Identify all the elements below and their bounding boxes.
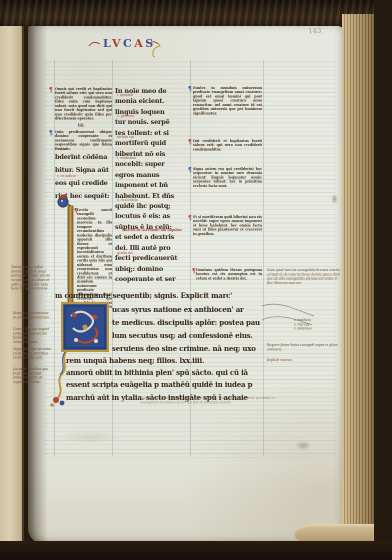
margin-note-right-1: Nota quod marcus euangelista breuius cet…	[267, 268, 343, 298]
parchment-stain	[331, 194, 338, 204]
gloss-left-bottom: Lectio sancti euangelii secundum marcum.…	[77, 208, 112, 292]
paraph-icon: ¶	[49, 131, 53, 137]
prologue-text-beside-initial: ucas syrus natione ex anthiocen' ar te m…	[112, 303, 264, 355]
explicit-line: m confirmante sequentib; signis. Explici…	[55, 289, 265, 302]
running-title-letter: L	[103, 37, 112, 50]
gloss-right-5: Dominus quidem ihesus postquam locutus e…	[196, 268, 262, 290]
margin-note-right-2: Require finem huius euangelii supra in g…	[267, 343, 343, 353]
margin-note-left-4: Signa fidei que secuntur credentes in pr…	[13, 347, 52, 363]
gloss-right-4: Et si mortiferum quid biberint non eis n…	[193, 215, 262, 263]
paraph-icon: ¶	[188, 168, 192, 174]
interlinear-gloss: i. apostoli	[117, 93, 133, 97]
manuscript-photo: LVCAS 143 ¶ Omnis qui credit et baptizat…	[0, 0, 392, 560]
interlinear-gloss: uirtute xpi	[117, 135, 134, 139]
margin-note-left-1: Textus grecus habet: dominus quidem iesu…	[11, 265, 52, 307]
interlinear-gloss: gratia dei	[117, 251, 133, 255]
running-title-letter: A	[134, 37, 145, 50]
gloss-left-top: Omnis qui credit et baptizatus fuerit sa…	[55, 87, 112, 127]
paraph-icon: ¶	[188, 140, 192, 146]
paraph-icon: ¶	[49, 88, 53, 94]
parchment-stain	[295, 441, 311, 450]
running-title-letter: C	[123, 37, 134, 50]
margin-note-left-3: Contra illos qui negant corpus domini ue…	[13, 327, 52, 343]
margin-list-right: s. matheus s. marcus s. iohannes	[294, 318, 340, 336]
interlinear-gloss: s. in iudicio	[57, 174, 76, 178]
later-cursive-note: Explicit euangelium secundum marcum et i…	[140, 396, 288, 408]
margin-note-left-5: Lucas de omnibus que fecit iesus scripsi…	[13, 367, 52, 389]
background-right	[374, 0, 392, 560]
illuminated-initial-L	[61, 302, 109, 352]
running-title-letter: V	[112, 37, 123, 50]
interlinear-gloss: i. credentes	[117, 156, 136, 160]
interlinear-gloss: s. gentium	[117, 114, 134, 118]
gloss-right-3: Signa autem eos qui crediderint hec sequ…	[193, 167, 262, 211]
gloss-right-2: Qui crediderit et baptizatus fuerit salu…	[193, 139, 262, 163]
folio-number: 143	[308, 27, 322, 35]
margin-list-item: s. iohannes	[294, 327, 312, 331]
background-bottom	[0, 541, 392, 560]
parchment-stain	[60, 430, 120, 444]
interlinear-gloss: s. in ecclesia	[117, 198, 138, 202]
fore-edge-page-stack	[342, 14, 375, 560]
margin-note-right-3: Explicit marcus.	[267, 358, 317, 366]
chapter-ref: liii.	[78, 123, 85, 127]
gloss-right-1: Euntes in mundum uniuersum predicate eua…	[193, 86, 262, 136]
red-rubric: Marcus de ascēsione dñi loquitur	[120, 228, 184, 240]
paraph-icon: ¶	[188, 216, 192, 222]
paraph-icon: ¶	[188, 87, 192, 93]
header-flourish-right-icon	[146, 40, 162, 58]
header-flourish-left-icon	[88, 40, 101, 49]
margin-note-left-2: Require de ascensione in actibus apostol…	[13, 311, 52, 323]
